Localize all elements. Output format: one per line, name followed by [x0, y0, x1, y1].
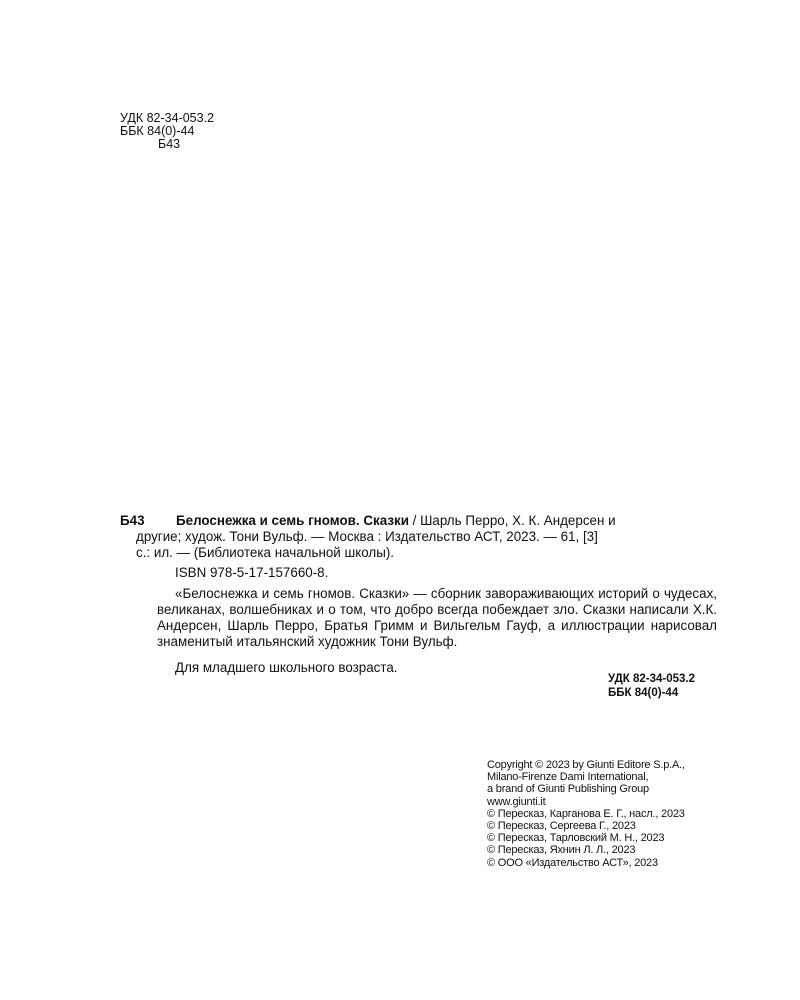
- copyright-line: © Пересказ, Карганова Е. Г., насл., 2023: [487, 808, 685, 820]
- book-title: Белоснежка и семь гномов. Сказки: [176, 513, 409, 528]
- entry-publisher-line: другие; худож. Тони Вульф. — Москва : Из…: [120, 529, 722, 545]
- isbn: ISBN 978-5-17-157660-8.: [175, 565, 328, 580]
- bbk-code-bottom: ББК 84(0)-44: [608, 686, 695, 700]
- classification-codes-top: УДК 82-34-053.2 ББК 84(0)-44 Б43: [120, 112, 214, 151]
- bibliographic-entry: Б43 Белоснежка и семь гномов. Сказки / Ш…: [120, 513, 722, 561]
- udk-code-bottom: УДК 82-34-053.2: [608, 672, 695, 686]
- copyright-line: © Пересказ, Сергеева Г., 2023: [487, 820, 685, 832]
- annotation-text: «Белоснежка и семь гномов. Сказки» — сбо…: [157, 586, 717, 650]
- copyright-line: © Пересказ, Яхнин Л. Л., 2023: [487, 844, 685, 856]
- annotation: «Белоснежка и семь гномов. Сказки» — сбо…: [157, 586, 717, 650]
- entry-series-line: с.: ил. — (Библиотека начальной школы).: [120, 545, 722, 561]
- copyright-line: © Пересказ, Тарловский М. Н., 2023: [487, 832, 685, 844]
- copyright-line: Milano-Firenze Dami International,: [487, 771, 685, 783]
- copyright-line: Copyright © 2023 by Giunti Editore S.p.A…: [487, 759, 685, 771]
- authors: / Шарль Перро, Х. К. Андерсен и: [409, 513, 616, 528]
- copyright-block: Copyright © 2023 by Giunti Editore S.p.A…: [487, 759, 685, 869]
- copyright-line: www.giunti.it: [487, 796, 685, 808]
- age-rating: Для младшего школьного возраста.: [175, 660, 398, 675]
- copyright-line: © ООО «Издательство АСТ», 2023: [487, 857, 685, 869]
- classification-codes-bottom: УДК 82-34-053.2 ББК 84(0)-44: [608, 672, 695, 700]
- author-mark: Б43: [120, 138, 214, 151]
- entry-code: Б43: [120, 513, 176, 529]
- copyright-line: a brand of Giunti Publishing Group: [487, 783, 685, 795]
